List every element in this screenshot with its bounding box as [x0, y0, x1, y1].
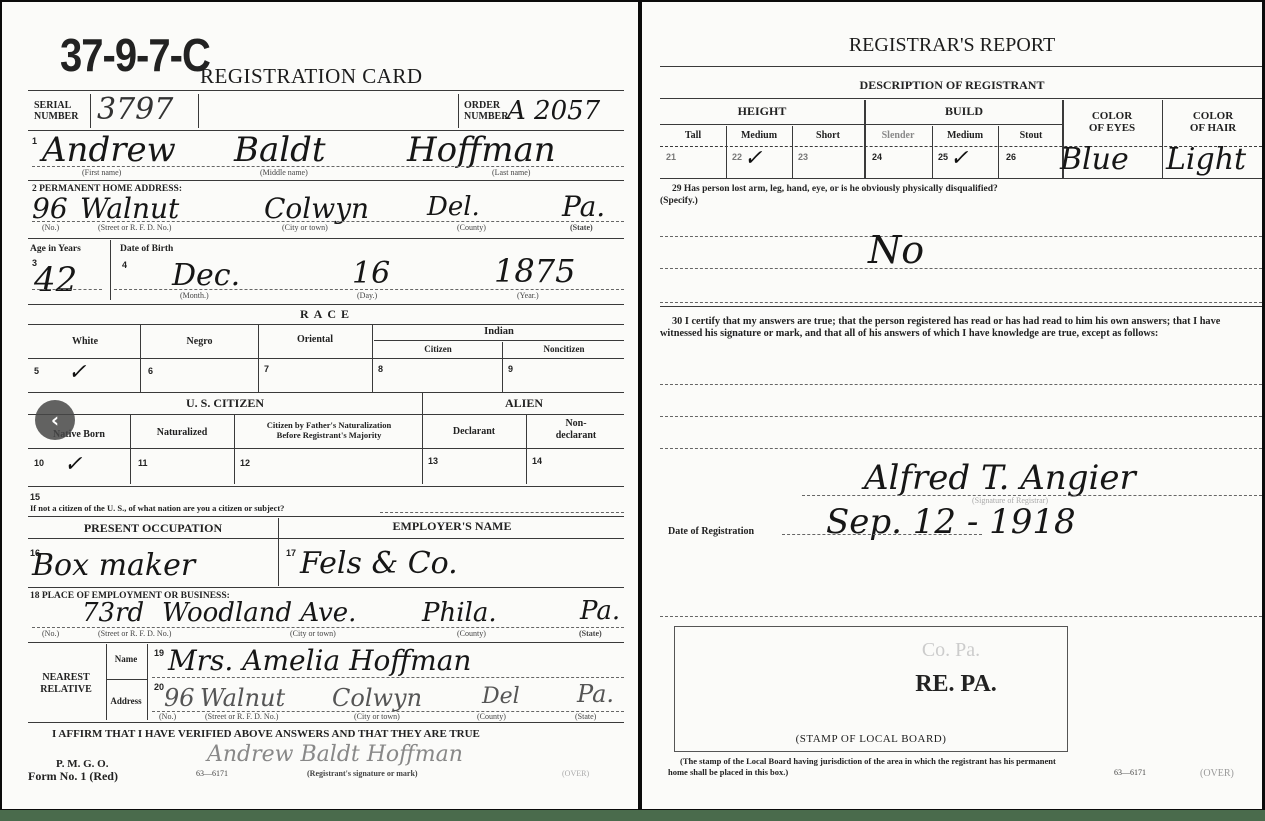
over-label: (OVER): [562, 769, 589, 778]
stamp-note: (The stamp of the Local Board having jur…: [668, 756, 1068, 778]
hair-color-title-2: OF HAIR: [1164, 122, 1262, 134]
relative-city-label: (City or town): [354, 712, 400, 721]
description-title: DESCRIPTION OF REGISTRANT: [642, 78, 1262, 93]
age-value: 42: [34, 260, 77, 300]
race-indian-noncitizen-header: Noncitizen: [504, 344, 624, 354]
hair-color-title: COLOR: [1164, 110, 1262, 122]
report-title: REGISTRAR'S REPORT: [642, 34, 1262, 57]
father-naturalization-header-2: Before Registrant's Majority: [236, 430, 422, 440]
race-field-8: 8: [378, 364, 383, 374]
print-code: 63—6171: [196, 769, 228, 778]
employment-no: 73rd: [82, 598, 144, 628]
nondeclarant-header-2: declarant: [528, 430, 624, 442]
height-field-21: 21: [666, 152, 676, 162]
employment-no-label: (No.): [42, 629, 59, 638]
bottom-bar: [0, 810, 1265, 821]
build-slender-header: Slender: [866, 130, 930, 141]
dob-day: 16: [352, 256, 390, 291]
race-field-9: 9: [508, 364, 513, 374]
relative-address-field-number: 20: [154, 682, 164, 692]
dob-year: 1875: [494, 252, 575, 290]
employment-street: Woodland Ave.: [162, 598, 356, 628]
eye-color-title: COLOR: [1064, 110, 1160, 122]
relative-name-field-number: 19: [154, 648, 164, 658]
local-board-stamp-box: Co. Pa. RE. PA. (STAMP OF LOCAL BOARD): [674, 626, 1068, 752]
date-of-registration-label: Date of Registration: [668, 526, 754, 537]
address-county-label: (County): [457, 223, 486, 232]
report-print-code: 63—6171: [1114, 768, 1146, 777]
build-stout-header: Stout: [1000, 130, 1062, 141]
race-indian-citizen-header: Citizen: [374, 344, 502, 354]
relative-no-label: (No.): [159, 712, 176, 721]
nondeclarant-header: Non-: [528, 418, 624, 430]
relative-address-street: Walnut: [200, 684, 285, 712]
build-medium-header: Medium: [934, 130, 996, 141]
relative-name-value: Mrs. Amelia Hoffman: [168, 644, 471, 677]
registrar-signature: Alfred T. Angier: [864, 458, 1136, 498]
hair-color-value: Light: [1166, 142, 1246, 177]
address-no-label: (No.): [42, 223, 59, 232]
registrars-report-page: REGISTRAR'S REPORT DESCRIPTION OF REGIST…: [642, 2, 1262, 809]
first-name-label: (First name): [82, 168, 121, 177]
naturalized-header: Naturalized: [132, 427, 232, 438]
employment-street-label: (Street or R. F. D. No.): [98, 629, 171, 638]
dob-field-number: 4: [122, 260, 127, 270]
employment-city: Phila.: [422, 598, 497, 628]
citizen-field-10: 10: [34, 458, 44, 468]
employer-title: EMPLOYER'S NAME: [280, 519, 624, 534]
q30-certification-text: 30 I certify that my answers are true; t…: [660, 316, 1258, 339]
q29-specify: (Specify.): [660, 196, 698, 206]
relative-state-label: (State): [575, 712, 596, 721]
address-state-label: (State): [570, 223, 593, 232]
age-label: Age in Years: [30, 244, 81, 254]
employment-county-label: (County): [457, 629, 486, 638]
race-indian-header: Indian: [374, 326, 624, 337]
address-street-label: (Street or R. F. D. No.): [98, 223, 171, 232]
employment-state: Pa.: [580, 596, 620, 626]
race-field-7: 7: [264, 364, 269, 374]
stamp-line-1: Co. Pa.: [675, 639, 1067, 662]
build-title: BUILD: [866, 104, 1062, 119]
employment-city-label: (City or town): [290, 629, 336, 638]
build-field-26: 26: [1006, 152, 1016, 162]
report-over-label: (OVER): [1200, 768, 1234, 779]
race-negro-header: Negro: [142, 336, 257, 347]
dob-day-label: (Day.): [357, 291, 377, 300]
employer-field-number: 17: [286, 548, 296, 558]
field-number: 1: [32, 136, 37, 146]
race-title: RACE: [252, 307, 402, 322]
dob-month-label: (Month.): [180, 291, 209, 300]
us-citizen-title: U. S. CITIZEN: [30, 396, 420, 411]
stamp-line-2: RE. PA.: [675, 671, 1067, 698]
address-state: Pa.: [562, 190, 605, 223]
serial-label-2: NUMBER: [34, 111, 78, 122]
eye-color-value: Blue: [1060, 142, 1129, 177]
race-field-6: 6: [148, 366, 153, 376]
last-name: Hoffman: [407, 130, 556, 170]
order-number: A 2057: [507, 96, 600, 126]
height-medium-check: ✓: [744, 146, 762, 171]
form-number: Form No. 1 (Red): [28, 769, 118, 784]
q29-text: 29 Has person lost arm, leg, hand, eye, …: [672, 184, 998, 194]
address-county: Del.: [427, 192, 480, 222]
registrant-signature: Andrew Baldt Hoffman: [207, 742, 463, 767]
previous-image-button[interactable]: ‹: [35, 400, 75, 440]
relative-address-city: Colwyn: [332, 684, 422, 712]
height-short-header: Short: [794, 130, 862, 141]
registration-card-page: 37-9-7-C REGISTRATION CARD SERIAL NUMBER…: [2, 2, 638, 809]
dob-year-label: (Year.): [517, 291, 539, 300]
serial-number: 3797: [97, 92, 173, 127]
build-field-24: 24: [872, 152, 882, 162]
declarant-header: Declarant: [424, 426, 524, 437]
eye-color-title-2: OF EYES: [1064, 122, 1160, 134]
native-born-check: ✓: [64, 452, 82, 477]
signature-label: (Registrant's signature or mark): [307, 769, 418, 778]
relative-address-county: Del: [482, 684, 520, 709]
citizen-field-14: 14: [532, 456, 542, 466]
relative-county-label: (County): [477, 712, 506, 721]
date-of-registration-value: Sep. 12 - 1918: [826, 502, 1076, 542]
height-field-23: 23: [798, 152, 808, 162]
build-medium-check: ✓: [950, 146, 968, 171]
relative-address-no: 96: [164, 684, 195, 712]
height-field-22: 22: [732, 152, 742, 162]
race-white-check: ✓: [68, 360, 86, 385]
height-tall-header: Tall: [662, 130, 724, 141]
employment-state-label: (State): [579, 629, 602, 638]
dob-label: Date of Birth: [120, 244, 173, 254]
q29-answer: No: [868, 228, 924, 272]
first-name: Andrew: [42, 130, 176, 170]
occupation-value: Box maker: [12, 548, 195, 583]
race-oriental-header: Oriental: [260, 334, 370, 345]
father-naturalization-header: Citizen by Father's Naturalization: [236, 420, 422, 430]
order-label: ORDER: [464, 100, 508, 111]
middle-name-label: (Middle name): [260, 168, 308, 177]
citizen-field-12: 12: [240, 458, 250, 468]
address-city-label: (City or town): [282, 223, 328, 232]
nearest-relative-label: NEAREST: [30, 672, 102, 684]
relative-name-label: Name: [107, 654, 145, 664]
last-name-label: (Last name): [492, 168, 530, 177]
relative-street-label: (Street or R. F. D. No.): [205, 712, 278, 721]
height-medium-header: Medium: [728, 130, 790, 141]
card-title: REGISTRATION CARD: [200, 64, 423, 89]
relative-address-label: Address: [107, 696, 145, 706]
height-title: HEIGHT: [662, 104, 862, 119]
middle-name: Baldt: [234, 130, 326, 170]
affirmation-text: I AFFIRM THAT I HAVE VERIFIED ABOVE ANSW…: [52, 728, 480, 740]
q15-number: 15: [30, 492, 40, 502]
nearest-relative-label-2: RELATIVE: [30, 684, 102, 696]
alien-title: ALIEN: [424, 396, 624, 411]
serial-label: SERIAL: [34, 100, 78, 111]
race-field-5: 5: [34, 366, 39, 376]
q15-text: If not a citizen of the U. S., of what n…: [30, 503, 284, 513]
order-label-2: NUMBER: [464, 111, 508, 122]
stamp-number: 37-9-7-C: [60, 31, 210, 83]
race-white-header: White: [30, 336, 140, 347]
chevron-left-icon: ‹: [51, 408, 59, 432]
build-field-25: 25: [938, 152, 948, 162]
relative-address-state: Pa.: [577, 680, 614, 708]
employer-value: Fels & Co.: [300, 546, 458, 581]
stamp-label: (STAMP OF LOCAL BOARD): [675, 733, 1067, 745]
occupation-title: PRESENT OCCUPATION: [30, 521, 276, 536]
dob-month: Dec.: [172, 258, 240, 293]
citizen-field-13: 13: [428, 456, 438, 466]
citizen-field-11: 11: [138, 458, 148, 468]
